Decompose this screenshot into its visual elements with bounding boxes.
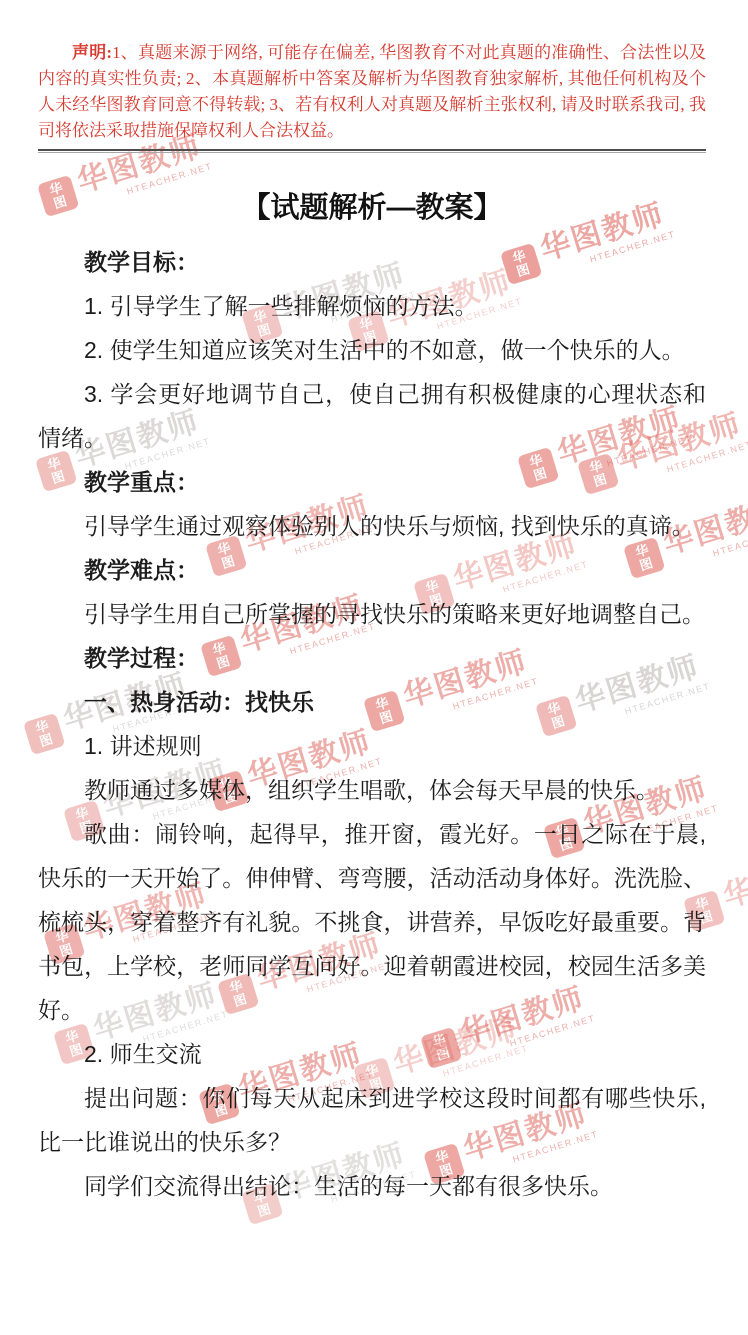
- section-heading: 教学难点：: [38, 548, 706, 592]
- paragraph: 提出问题：你们每天从起床到进学校这段时间都有哪些快乐, 比一比谁说出的快乐多？: [38, 1076, 706, 1164]
- section-heading: 教学重点：: [38, 460, 706, 504]
- paragraph: 同学们交流得出结论：生活的每一天都有很多快乐。: [38, 1164, 706, 1208]
- paragraph: 3. 学会更好地调节自己，使自己拥有积极健康的心理状态和情绪。: [38, 372, 706, 460]
- section-heading: 教学目标：: [38, 240, 706, 284]
- paragraph: 引导学生通过观察体验别人的快乐与烦恼, 找到快乐的真谛。: [38, 504, 706, 548]
- horizontal-rule: [38, 149, 706, 153]
- document-page: 华 图华图教师HTEACHER.NET华 图华图教师HTEACHER.NET华 …: [0, 0, 748, 1335]
- paragraph: 引导学生用自己所掌握的寻找快乐的策略来更好地调整自己。: [38, 592, 706, 636]
- section-heading: 一、热身活动：找快乐: [38, 680, 706, 724]
- disclaimer-text: 1、真题来源于网络, 可能存在偏差, 华图教育不对此真题的准确性、合法性以及内容…: [38, 43, 706, 140]
- paragraph: 2. 师生交流: [38, 1032, 706, 1076]
- paragraph: 2. 使学生知道应该笑对生活中的不如意，做一个快乐的人。: [38, 328, 706, 372]
- paragraph: 教师通过多媒体，组织学生唱歌，体会每天早晨的快乐。: [38, 768, 706, 812]
- paragraph: 1. 引导学生了解一些排解烦恼的方法。: [38, 284, 706, 328]
- paragraph: 1. 讲述规则: [38, 724, 706, 768]
- section-heading: 教学过程：: [38, 636, 706, 680]
- paragraph: 歌曲：闹铃响，起得早，推开窗，霞光好。一日之际在于晨, 快乐的一天开始了。伸伸臂…: [38, 812, 706, 1032]
- page-title: 【试题解析—教案】: [38, 185, 706, 231]
- disclaimer: 声明:1、真题来源于网络, 可能存在偏差, 华图教育不对此真题的准确性、合法性以…: [38, 40, 706, 144]
- document-content: 声明:1、真题来源于网络, 可能存在偏差, 华图教育不对此真题的准确性、合法性以…: [0, 0, 748, 1208]
- disclaimer-label: 声明:: [72, 43, 112, 62]
- content-blocks: 教学目标：1. 引导学生了解一些排解烦恼的方法。2. 使学生知道应该笑对生活中的…: [38, 240, 706, 1208]
